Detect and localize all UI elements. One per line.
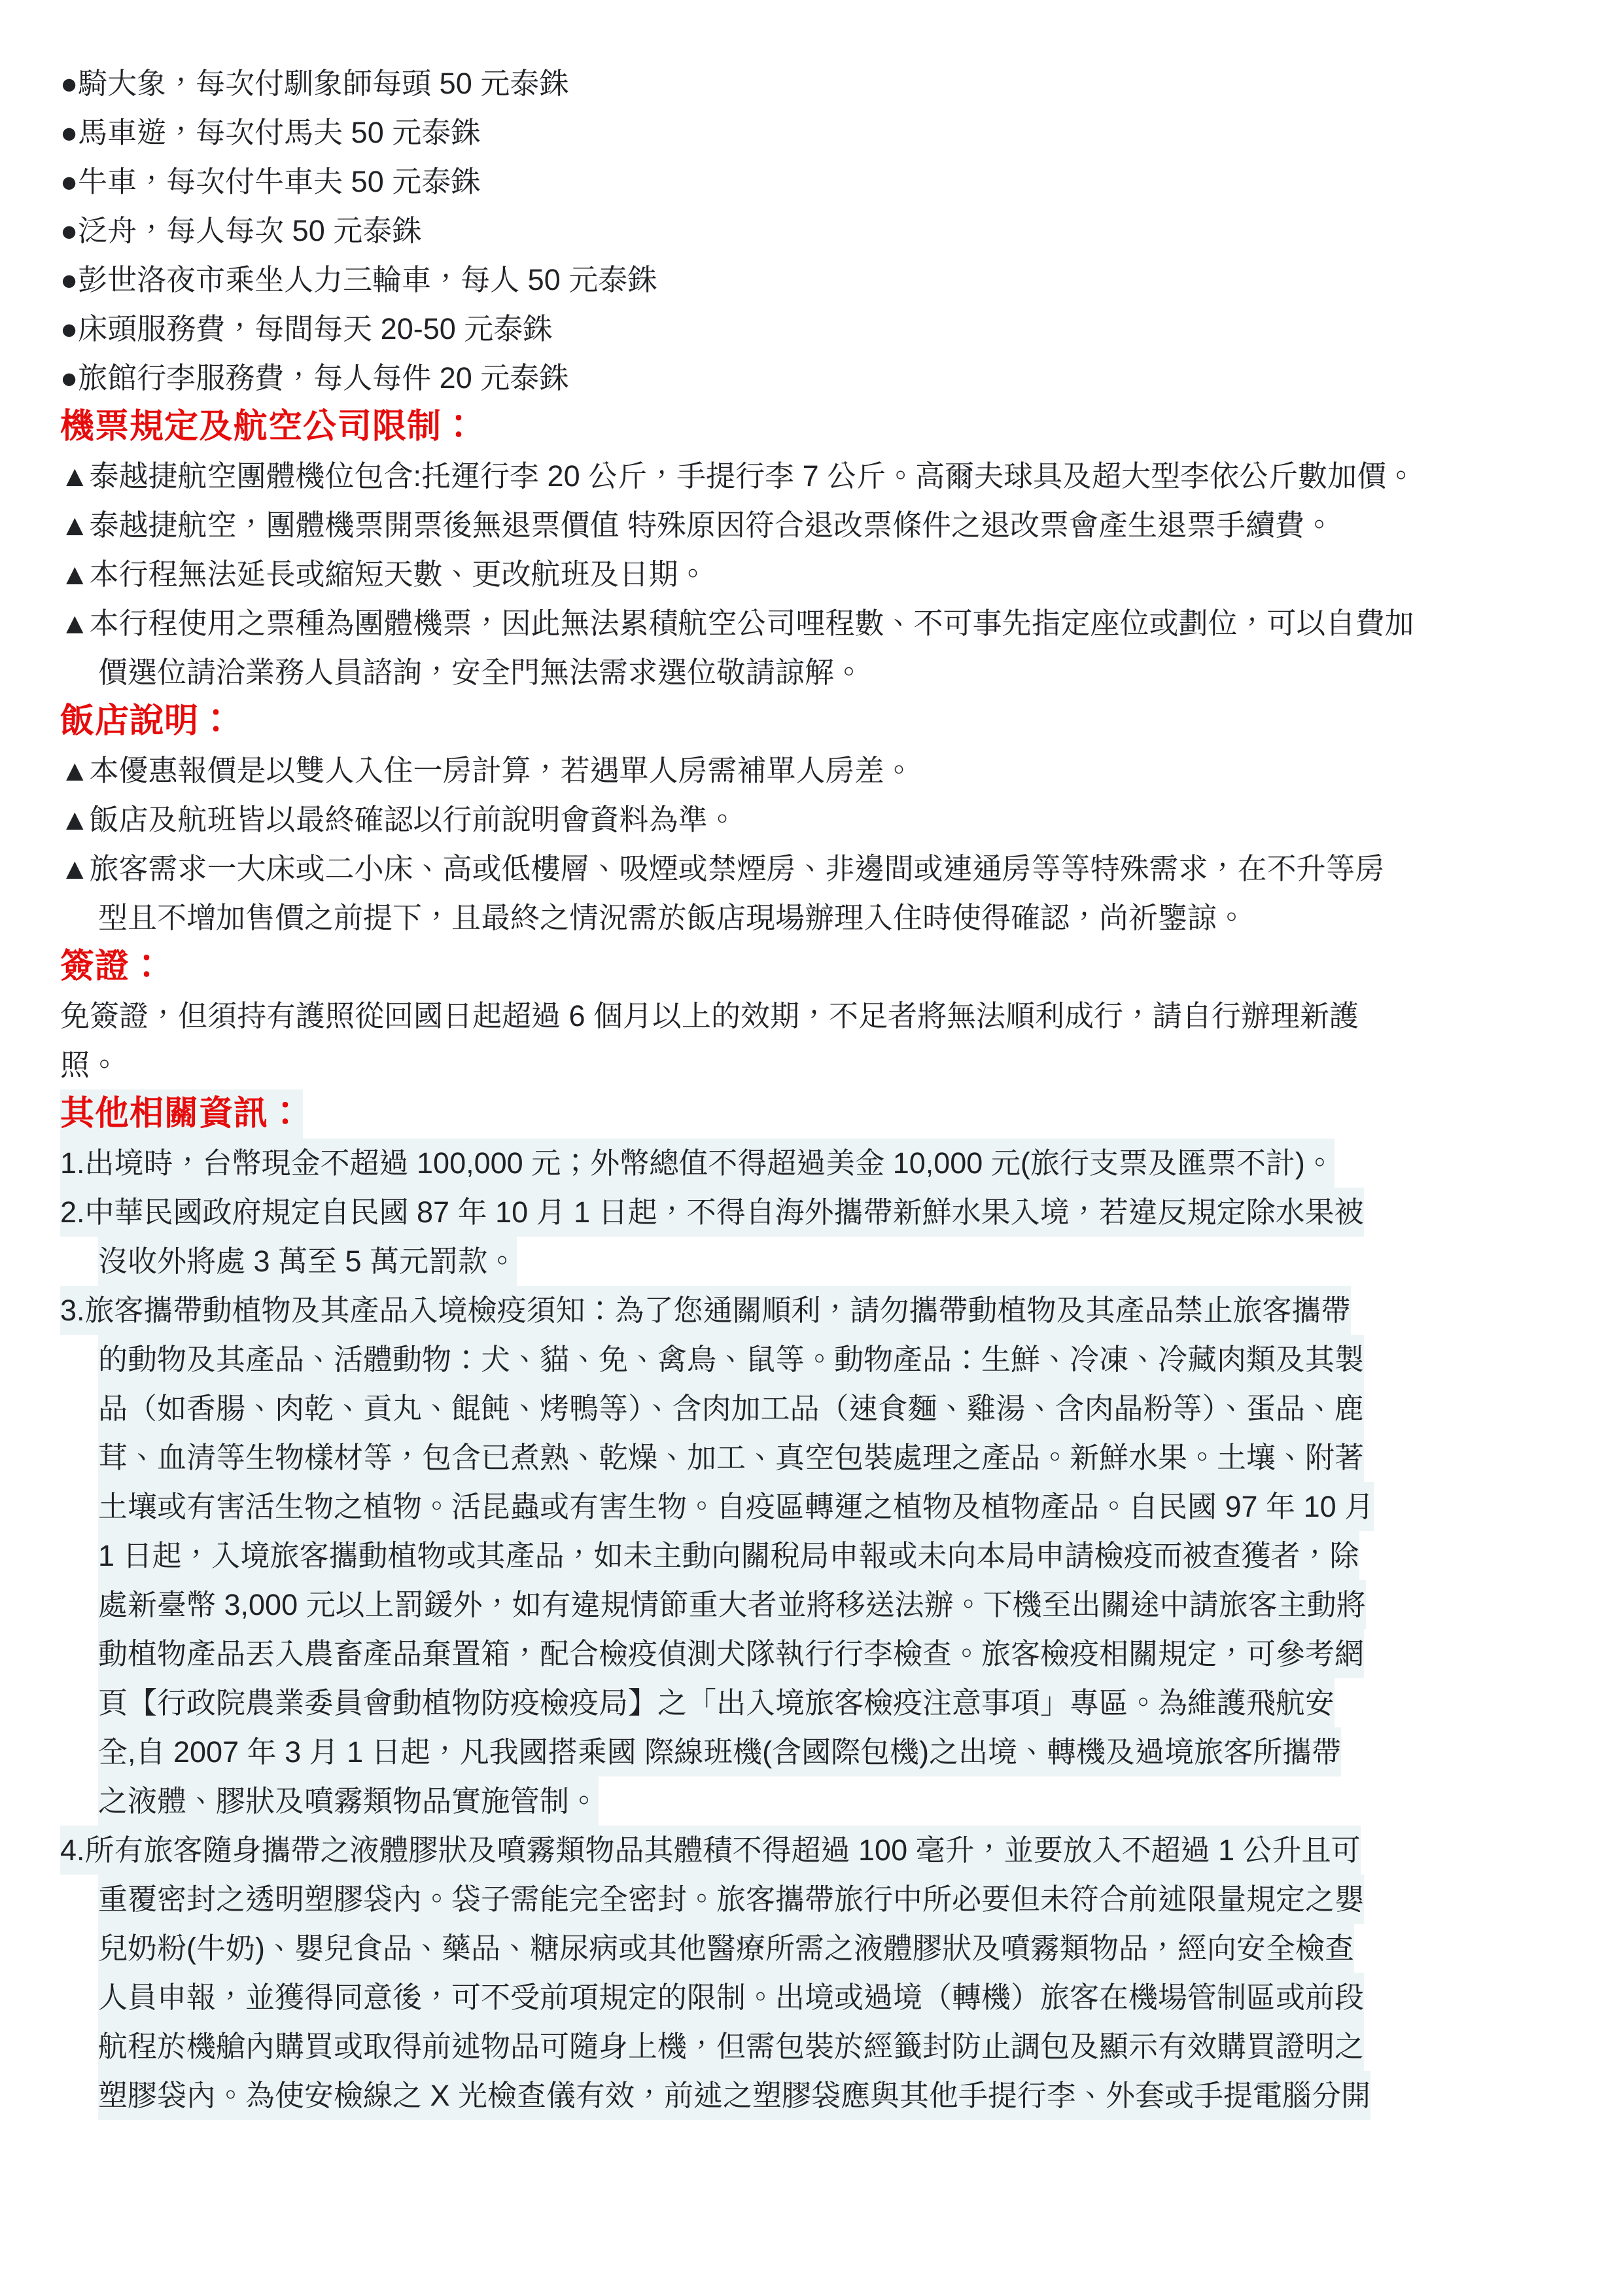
section-heading: 機票規定及航空公司限制： xyxy=(60,402,476,451)
text-line: ●馬車遊，每次付馬夫 50 元泰銖 xyxy=(60,108,480,157)
text-line: 動植物產品丟入農畜產品棄置箱，配合檢疫偵測犬隊執行行李檢查。旅客檢疫相關規定，可… xyxy=(98,1629,1364,1678)
text-line: ▲本優惠報價是以雙人入住一房計算，若遇單人房需補單人房差。 xyxy=(60,746,914,795)
text-line: 處新臺幣 3,000 元以上罰鍰外，如有違規情節重大者並將移送法辦。下機至出關途… xyxy=(98,1580,1366,1629)
text-line: ▲泰越捷航空團體機位包含:托運行李 20 公斤，手提行李 7 公斤。高爾夫球具及… xyxy=(60,451,1416,501)
text-line: 照。 xyxy=(60,1040,119,1089)
text-line: 1 日起，入境旅客攜動植物或其產品，如未主動向關稅局申報或未向本局申請檢疫而被查… xyxy=(98,1531,1359,1580)
text-line: 3.旅客攜帶動植物及其產品入境檢疫須知：為了您通關順利，請勿攜帶動植物及其產品禁… xyxy=(60,1286,1351,1335)
text-line: ●牛車，每次付牛車夫 50 元泰銖 xyxy=(60,157,480,206)
text-line: 1.出境時，台幣現金不超過 100,000 元；外幣總值不得超過美金 10,00… xyxy=(60,1139,1335,1188)
text-line: 免簽證，但須持有護照從回國日起超過 6 個月以上的效期，不足者將無法順利成行，請… xyxy=(60,991,1359,1040)
text-line: ●騎大象，每次付馴象師每頭 50 元泰銖 xyxy=(60,59,568,108)
text-line: 全,自 2007 年 3 月 1 日起，凡我國搭乘國 際線班機(含國際包機)之出… xyxy=(98,1727,1341,1776)
section-heading: 飯店說明： xyxy=(60,697,234,746)
text-line: 4.所有旅客隨身攜帶之液體膠狀及噴霧類物品其體積不得超過 100 毫升，並要放入… xyxy=(60,1826,1361,1875)
text-line: ▲飯店及航班皆以最終確認以行前說明會資料為準。 xyxy=(60,795,737,844)
text-line: 土壤或有害活生物之植物。活昆蟲或有害生物。自疫區轉運之植物及植物產品。自民國 9… xyxy=(98,1482,1374,1531)
text-line: 頁【行政院農業委員會動植物防疫檢疫局】之「出入境旅客檢疫注意事項」專區。為維護飛… xyxy=(98,1678,1335,1727)
text-line: 人員申報，並獲得同意後，可不受前項規定的限制。出境或過境（轉機）旅客在機場管制區… xyxy=(98,1973,1364,2022)
section-heading: 其他相關資訊： xyxy=(60,1089,303,1139)
text-line: 重覆密封之透明塑膠袋內。袋子需能完全密封。旅客攜帶旅行中所必要但未符合前述限量規… xyxy=(98,1875,1364,1924)
text-line: 型且不增加售價之前提下，且最終之情況需於飯店現場辦理入住時使得確認，尚祈鑒諒。 xyxy=(98,893,1246,942)
text-line: ▲本行程無法延長或縮短天數、更改航班及日期。 xyxy=(60,550,708,599)
text-line: 沒收外將處 3 萬至 5 萬元罰款。 xyxy=(98,1237,517,1286)
section-heading: 簽證： xyxy=(60,942,164,991)
text-line: 茸、血清等生物樣材等，包含已煮熟、乾燥、加工、真空包裝處理之產品。新鮮水果。土壤… xyxy=(98,1433,1364,1482)
text-line: 兒奶粉(牛奶)、嬰兒食品、藥品、糖尿病或其他醫療所需之液體膠狀及噴霧類物品，經向… xyxy=(98,1924,1354,1973)
document-body: ●騎大象，每次付馴象師每頭 50 元泰銖●馬車遊，每次付馬夫 50 元泰銖●牛車… xyxy=(60,59,1591,2120)
text-line: ▲本行程使用之票種為團體機票，因此無法累積航空公司哩程數、不可事先指定座位或劃位… xyxy=(60,599,1414,648)
text-line: 的動物及其產品、活體動物：犬、貓、免、禽鳥、鼠等。動物產品：生鮮、冷凍、冷藏肉類… xyxy=(98,1335,1364,1384)
text-line: 品（如香腸、肉乾、貢丸、餛飩、烤鴨等）、含肉加工品（速食麵、雞湯、含肉晶粉等）、… xyxy=(98,1384,1364,1433)
text-line: ●泛舟，每人每次 50 元泰銖 xyxy=(60,206,421,255)
text-line: 塑膠袋內。為使安檢線之 X 光檢查儀有效，前述之塑膠袋應與其他手提行李、外套或手… xyxy=(98,2071,1370,2120)
text-line: ▲旅客需求一大床或二小床、高或低樓層、吸煙或禁煙房、非邊間或連通房等等特殊需求，… xyxy=(60,844,1385,893)
text-line: ●旅館行李服務費，每人每件 20 元泰銖 xyxy=(60,353,568,402)
text-line: ●床頭服務費，每間每天 20-50 元泰銖 xyxy=(60,304,552,353)
text-line: 2.中華民國政府規定自民國 87 年 10 月 1 日起，不得自海外攜帶新鮮水果… xyxy=(60,1188,1364,1237)
text-line: ●彭世洛夜市乘坐人力三輪車，每人 50 元泰銖 xyxy=(60,255,657,304)
text-line: 航程於機艙內購買或取得前述物品可隨身上機，但需包裝於經籤封防止調包及顯示有效購買… xyxy=(98,2022,1364,2071)
text-line: ▲泰越捷航空，團體機票開票後無退票價值 特殊原因符合退改票條件之退改票會產生退票… xyxy=(60,501,1334,550)
text-line: 之液體、膠狀及噴霧類物品實施管制。 xyxy=(98,1776,599,1826)
text-line: 價選位請洽業務人員諮詢，安全門無法需求選位敬請諒解。 xyxy=(98,648,864,697)
